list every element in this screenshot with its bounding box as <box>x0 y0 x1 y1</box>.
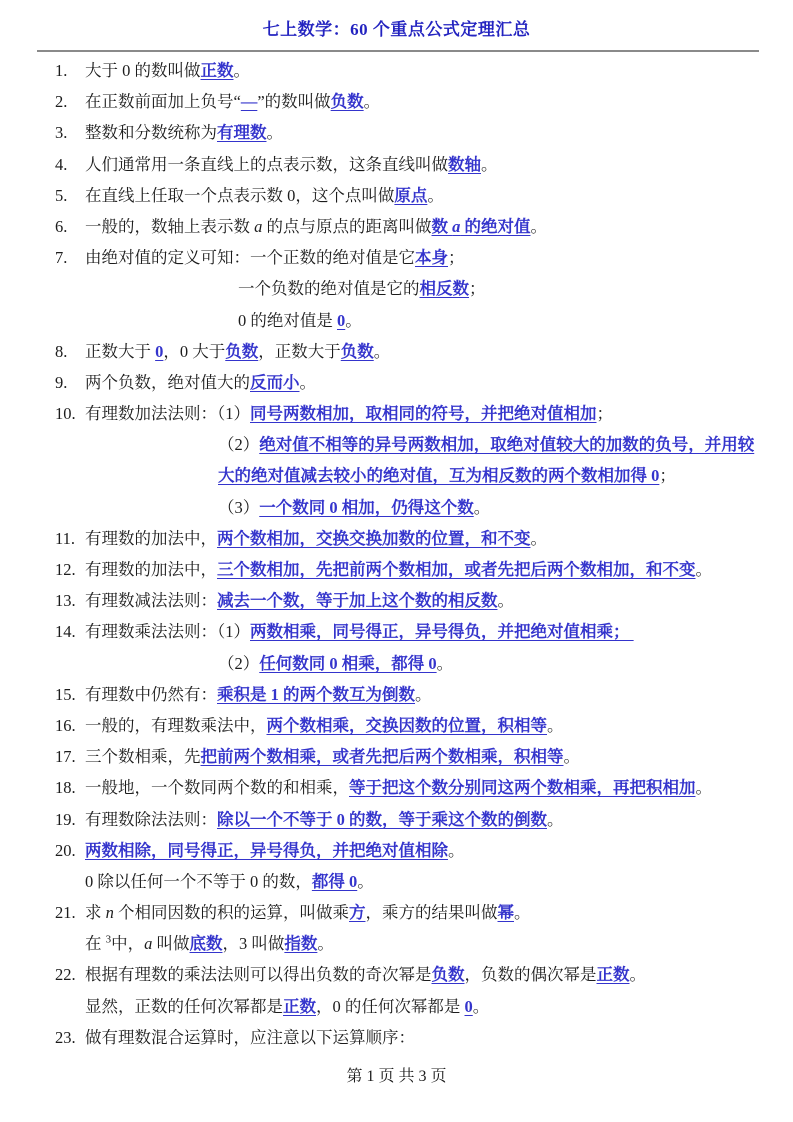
text-segment: 。 <box>317 934 334 953</box>
variable-italic: n <box>106 903 114 922</box>
text-segment: 正数大于 <box>85 342 155 361</box>
text-segment: 的点与原点的距离叫做 <box>262 217 431 236</box>
key-term: 幂 <box>498 903 515 922</box>
item-number: 14. <box>55 616 85 647</box>
item-continuation-line: （2）绝对值不相等的异号两数相加，取绝对值较大的加数的负号，并用较 <box>55 429 773 460</box>
page-footer: 第 1 页 共 3 页 <box>0 1063 793 1086</box>
item-line: 11.有理数的加法中，两个数相加，交换交换加数的位置，和不变。 <box>55 523 773 554</box>
key-term: 都得 0 <box>312 872 357 891</box>
item-line: 17.三个数相乘，先把前两个数相乘，或者先把后两个数相乘，积相等。 <box>55 741 773 772</box>
item-line: 1.大于 0 的数叫做正数。 <box>55 55 773 86</box>
text-segment: 。 <box>696 560 713 579</box>
text-segment: 大于 0 的数叫做 <box>85 61 201 80</box>
key-term: 两个数相加，交换交换加数的位置，和不变 <box>217 529 531 548</box>
key-term: 减去一个数，等于加上这个数的相反数 <box>217 591 498 610</box>
text-segment: ，乘方的结果叫做 <box>366 903 498 922</box>
text-segment: 有理数减法法则： <box>85 591 217 610</box>
text-segment: ，负数的偶次幂是 <box>465 965 597 984</box>
text-segment: 叫做 <box>152 934 189 953</box>
page-title: 七上数学：60 个重点公式定理汇总 <box>0 0 793 41</box>
key-term: 两个数相乘，交换因数的位置，积相等 <box>267 716 548 735</box>
item-line: 15.有理数中仍然有：乘积是 1 的两个数互为倒数。 <box>55 679 773 710</box>
key-term: 的绝对值 <box>460 217 530 236</box>
text-segment: 两个负数，绝对值大的 <box>85 373 250 392</box>
text-segment: 。 <box>481 155 498 174</box>
item-line: 7.由绝对值的定义可知：一个正数的绝对值是它本身； <box>55 242 773 273</box>
item-number: 3. <box>55 117 85 148</box>
key-term: 除以一个不等于 0 的数，等于乘这个数的倒数 <box>217 810 547 829</box>
text-segment: 人们通常用一条直线上的点表示数，这条直线叫做 <box>85 155 448 174</box>
item-line: 5.在直线上任取一个点表示数 0，这个点叫做原点。 <box>55 180 773 211</box>
text-segment: ”的数叫做 <box>257 92 330 111</box>
text-segment: 求 <box>85 903 106 922</box>
key-term: 三个数相加，先把前两个数相加，或者先把后两个数相加，和不变 <box>217 560 696 579</box>
text-segment: 有理数除法法则： <box>85 810 217 829</box>
item-number: 15. <box>55 679 85 710</box>
text-segment: 。 <box>514 903 531 922</box>
key-term: 一个数同 0 相加，仍得这个数 <box>259 498 474 517</box>
text-segment: 。 <box>696 778 713 797</box>
text-segment: 。 <box>547 716 564 735</box>
key-term: 负数 <box>341 342 374 361</box>
key-term: 底数 <box>190 934 223 953</box>
item-number: 13. <box>55 585 85 616</box>
item-number: 16. <box>55 710 85 741</box>
text-segment: 。 <box>473 997 490 1016</box>
text-segment: 。 <box>427 186 444 205</box>
text-segment: 。 <box>630 965 647 984</box>
text-segment: 一个负数的绝对值是它的 <box>238 279 420 298</box>
text-segment: 有理数的加法中， <box>85 529 217 548</box>
text-segment: 由绝对值的定义可知：一个正数的绝对值是它 <box>85 248 415 267</box>
text-segment: 有理数乘法法则：（1） <box>85 622 250 641</box>
key-term: 两数相除，同号得正，异号得负，并把绝对值相除 <box>85 841 448 860</box>
item-number: 9. <box>55 367 85 398</box>
key-term: 负数 <box>225 342 258 361</box>
item-line: 19.有理数除法法则：除以一个不等于 0 的数，等于乘这个数的倒数。 <box>55 804 773 835</box>
key-term: 乘积是 1 的两个数互为倒数 <box>217 685 415 704</box>
text-segment: ； <box>659 466 676 485</box>
item-line: 10.有理数加法法则：（1）同号两数相加，取相同的符号，并把绝对值相加； <box>55 398 773 429</box>
key-term: 数 <box>432 217 453 236</box>
key-term: 任何数同 0 相乘，都得 0 <box>259 654 436 673</box>
item-continuation-line: （3）一个数同 0 相加，仍得这个数。 <box>55 492 773 523</box>
key-term: 相反数 <box>420 279 470 298</box>
text-segment: 。 <box>374 342 391 361</box>
item-line: 18.一般地，一个数同两个数的和相乘，等于把这个数分别同这两个数相乘，再把积相加… <box>55 772 773 803</box>
title-divider <box>37 50 759 52</box>
item-number: 10. <box>55 398 85 429</box>
item-number: 12. <box>55 554 85 585</box>
item-number: 22. <box>55 959 85 990</box>
text-segment: 有理数加法法则：（1） <box>85 404 250 423</box>
item-number: 7. <box>55 242 85 273</box>
item-line: 8.正数大于 0，0 大于负数，正数大于负数。 <box>55 336 773 367</box>
text-segment: 0 除以任何一个不等于 0 的数， <box>85 872 312 891</box>
text-segment: ； <box>597 404 614 423</box>
key-term: 原点 <box>394 186 427 205</box>
key-term: 绝对值不相等的异号两数相加，取绝对值较大的加数的负号，并用较 <box>259 435 754 454</box>
text-segment: 。 <box>267 123 284 142</box>
text-segment: ，0 的任何次幂都是 <box>316 997 465 1016</box>
text-segment: 在直线上任取一个点表示数 0，这个点叫做 <box>85 186 394 205</box>
item-line: 12.有理数的加法中，三个数相加，先把前两个数相加，或者先把后两个数相加，和不变… <box>55 554 773 585</box>
item-number: 1. <box>55 55 85 86</box>
text-segment: 。 <box>345 311 362 330</box>
text-segment: ； <box>469 279 486 298</box>
text-segment: 。 <box>531 529 548 548</box>
key-term: 指数 <box>284 934 317 953</box>
text-segment: （2） <box>218 654 259 673</box>
item-number: 4. <box>55 149 85 180</box>
text-segment: 。 <box>448 841 465 860</box>
item-line: 3.整数和分数统称为有理数。 <box>55 117 773 148</box>
item-number: 19. <box>55 804 85 835</box>
text-segment: 。 <box>547 810 564 829</box>
key-term: 负数 <box>331 92 364 111</box>
text-segment: 。 <box>437 654 454 673</box>
text-segment: 。 <box>364 92 381 111</box>
item-line: 9.两个负数，绝对值大的反而小。 <box>55 367 773 398</box>
text-segment: 。 <box>234 61 251 80</box>
text-segment: 。 <box>531 217 548 236</box>
item-number: 21. <box>55 897 85 928</box>
text-segment: 个相同因数的积的运算，叫做乘 <box>114 903 349 922</box>
item-continuation-line: 0 的绝对值是 0。 <box>55 305 773 336</box>
key-term: 负数 <box>432 965 465 984</box>
text-segment: 根据有理数的乘法法则可以得出负数的奇次幂是 <box>85 965 432 984</box>
text-segment: 一般地，一个数同两个数的和相乘， <box>85 778 349 797</box>
text-segment: （3） <box>218 498 259 517</box>
text-segment: 。 <box>300 373 317 392</box>
item-number: 18. <box>55 772 85 803</box>
numbered-item-list: 1.大于 0 的数叫做正数。2.在正数前面加上负号“—”的数叫做负数。3.整数和… <box>0 55 793 1053</box>
item-line: 13.有理数减法法则：减去一个数，等于加上这个数的相反数。 <box>55 585 773 616</box>
item-continuation-line: 显然，正数的任何次幂都是正数，0 的任何次幂都是 0。 <box>55 991 773 1022</box>
item-line: 16.一般的，有理数乘法中，两个数相乘，交换因数的位置，积相等。 <box>55 710 773 741</box>
key-term: 本身 <box>415 248 448 267</box>
item-continuation-line: 0 除以任何一个不等于 0 的数，都得 0。 <box>55 866 773 897</box>
text-segment: 。 <box>564 747 581 766</box>
text-segment: 做有理数混合运算时，应注意以下运算顺序： <box>85 1028 415 1047</box>
item-line: 6.一般的，数轴上表示数 a 的点与原点的距离叫做数 a 的绝对值。 <box>55 211 773 242</box>
item-line: 21.求 n 个相同因数的积的运算，叫做乘方，乘方的结果叫做幂。 <box>55 897 773 928</box>
item-line: 4.人们通常用一条直线上的点表示数，这条直线叫做数轴。 <box>55 149 773 180</box>
text-segment: 三个数相乘，先 <box>85 747 201 766</box>
item-line: 23.做有理数混合运算时，应注意以下运算顺序： <box>55 1022 773 1053</box>
item-number: 2. <box>55 86 85 117</box>
item-number: 23. <box>55 1022 85 1053</box>
key-term: 同号两数相加，取相同的符号，并把绝对值相加 <box>250 404 597 423</box>
item-number: 17. <box>55 741 85 772</box>
key-term: — <box>241 92 258 111</box>
text-segment: 0 的绝对值是 <box>238 311 337 330</box>
text-segment: ，0 大于 <box>163 342 225 361</box>
item-continuation-line: 在 3中，a 叫做底数，3 叫做指数。 <box>55 928 773 959</box>
key-term: 0 <box>465 997 473 1016</box>
key-term: 有理数 <box>217 123 267 142</box>
key-term: 正数 <box>597 965 630 984</box>
text-segment: 显然，正数的任何次幂都是 <box>85 997 283 1016</box>
text-segment: 在正数前面加上负号“ <box>85 92 241 111</box>
key-term: 正数 <box>201 61 234 80</box>
key-term: 0 <box>337 311 345 330</box>
key-term: 把前两个数相乘，或者先把后两个数相乘，积相等 <box>201 747 564 766</box>
item-continuation-line: 一个负数的绝对值是它的相反数； <box>55 273 773 304</box>
text-segment: 。 <box>415 685 432 704</box>
item-number: 11. <box>55 523 85 554</box>
text-segment: ，3 叫做 <box>223 934 285 953</box>
key-term: 两数相乘，同号得正，异号得负，并把绝对值相乘； <box>250 622 634 641</box>
key-term: 正数 <box>283 997 316 1016</box>
item-number: 8. <box>55 336 85 367</box>
text-segment: 。 <box>357 872 374 891</box>
text-segment: （2） <box>218 435 259 454</box>
key-term: 等于把这个数分别同这两个数相乘，再把积相加 <box>349 778 696 797</box>
item-continuation-line: （2）任何数同 0 相乘，都得 0。 <box>55 648 773 679</box>
text-segment: 有理数中仍然有： <box>85 685 217 704</box>
item-line: 22.根据有理数的乘法法则可以得出负数的奇次幂是负数，负数的偶次幂是正数。 <box>55 959 773 990</box>
text-segment: ； <box>448 248 465 267</box>
text-segment: 整数和分数统称为 <box>85 123 217 142</box>
item-number: 5. <box>55 180 85 211</box>
text-segment: ，正数大于 <box>258 342 341 361</box>
key-term: 数轴 <box>448 155 481 174</box>
text-segment: 一般的，数轴上表示数 <box>85 217 254 236</box>
item-number: 6. <box>55 211 85 242</box>
text-segment: 有理数的加法中， <box>85 560 217 579</box>
item-number: 20. <box>55 835 85 866</box>
item-line: 2.在正数前面加上负号“—”的数叫做负数。 <box>55 86 773 117</box>
text-segment: 。 <box>498 591 515 610</box>
item-line: 14.有理数乘法法则：（1）两数相乘，同号得正，异号得负，并把绝对值相乘； <box>55 616 773 647</box>
document-page: 七上数学：60 个重点公式定理汇总 1.大于 0 的数叫做正数。2.在正数前面加… <box>0 0 793 1122</box>
key-term: 大的绝对值减去较小的绝对值，互为相反数的两个数相加得 0 <box>218 466 659 485</box>
key-term: 反而小 <box>250 373 300 392</box>
text-segment: 在 <box>85 934 106 953</box>
text-segment: 一般的，有理数乘法中， <box>85 716 267 735</box>
item-continuation-line: 大的绝对值减去较小的绝对值，互为相反数的两个数相加得 0； <box>55 460 773 491</box>
item-line: 20.两数相除，同号得正，异号得负，并把绝对值相除。 <box>55 835 773 866</box>
key-term: 方 <box>349 903 366 922</box>
text-segment: 。 <box>474 498 491 517</box>
text-segment: 中， <box>111 934 144 953</box>
